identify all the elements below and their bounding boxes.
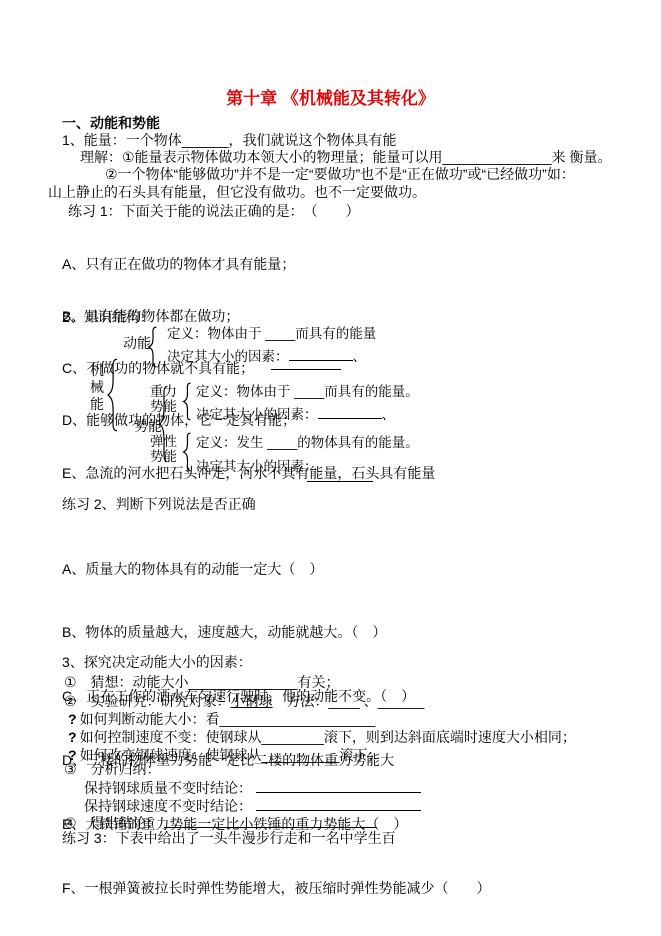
brace-elastic-icon [182, 432, 192, 472]
blank-line [318, 406, 382, 419]
elastic-potential-label: 弹性势能 [150, 434, 178, 464]
exercise2-option: B、物体的质量越大，速度越大，动能就越大。（ ） [62, 622, 491, 643]
experiment-line: ② 实验研究：研究对象：小钢球 方法：____ 、______ [64, 694, 424, 709]
exercise1-option: A、只有正在做功的物体才具有能量； [62, 256, 435, 273]
blank-line [256, 780, 421, 793]
guess-line: ① 猜想：动能大小______________有关； [64, 675, 340, 690]
exercise2-heading: 练习 2、判断下列说法是否正确 [62, 497, 256, 512]
conclusion-speed-line: 保持钢球速度不变时结论： [84, 798, 421, 814]
brace-gravity-icon [182, 382, 192, 421]
question-bullet-icon: ? [68, 729, 77, 745]
question-bullet-icon: ? [68, 711, 77, 727]
gravity-factors: 决定其大小的因素：、 [196, 406, 395, 422]
exercise1-heading: 练习 1：下面关于能的说法正确的是： （ ） [68, 204, 360, 219]
document-title: 第十章 《机械能及其转化》 [0, 84, 661, 109]
question-line-1: ?如何判断动能大小：看____________________ [68, 712, 375, 727]
mechanical-energy-label: 机械能 [90, 362, 105, 413]
kinetic-definition: 定义：物体由于 ____而具有的能量 [167, 326, 376, 341]
blank-line [289, 348, 353, 361]
exercise2-option: F、一根弹簧被拉长时弹性势能增大，被压缩时弹性势能减少（ ） [62, 878, 491, 899]
understanding-line-2: ②一个物体“能够做功”并不是一定“要做功”也不是“正在做功”或“已经做功”如： [105, 167, 575, 182]
analyze-line: ③ 分析归纳： [64, 762, 161, 777]
brace-kinetic-icon [147, 326, 158, 368]
exercise2-option: A、质量大的物体具有的动能一定大（ ） [62, 559, 491, 580]
worksheet-page: 第十章 《机械能及其转化》 一、动能和势能 1、能量：一个物体______，我们… [0, 0, 661, 936]
blank-line [271, 369, 341, 370]
elastic-factors: 决定其大小的因素： [196, 459, 318, 474]
understanding-line-1: 理解：①能量表示物体做功本领大小的物理量；能量可以用______________… [80, 150, 611, 165]
blank-line [256, 798, 421, 811]
kinetic-factors: 决定其大小的因素：、 [167, 348, 366, 364]
energy-definition-line: 1、能量：一个物体______，我们就说这个物体具有能 [62, 133, 397, 148]
research-object: 小钢球 [231, 693, 273, 709]
section3-heading: 3、探究决定动能大小的因素： [62, 655, 252, 670]
section1-heading: 一、动能和势能 [62, 116, 160, 131]
exercise3-line: 练习 3：下表中给出了一头牛漫步行走和一名中学生百 [62, 831, 396, 846]
knowledge-heading: 2、知识结构： [62, 310, 154, 325]
brace-mechanical-icon [106, 357, 119, 433]
final-conclusion-line: ④ 得出结论： [64, 815, 377, 831]
question-line-2: ?如何控制速度不变：使钢球从________滚下，则到达斜面底端时速度大小相同； [68, 730, 576, 745]
conclusion-mass-line: 保持钢球质量不变时结论： [84, 780, 421, 796]
elastic-definition: 定义：发生 ____的物体具有的能量。 [196, 435, 419, 450]
gravity-definition: 定义：物体由于 ____而具有的能量。 [196, 384, 419, 399]
gravity-potential-label: 重力势能 [150, 384, 178, 414]
blank-line [307, 481, 373, 482]
blank-line [164, 815, 377, 828]
understanding-line-3: 山上静止的石头具有能量，但它没有做功。也不一定要做功。 [48, 185, 426, 200]
